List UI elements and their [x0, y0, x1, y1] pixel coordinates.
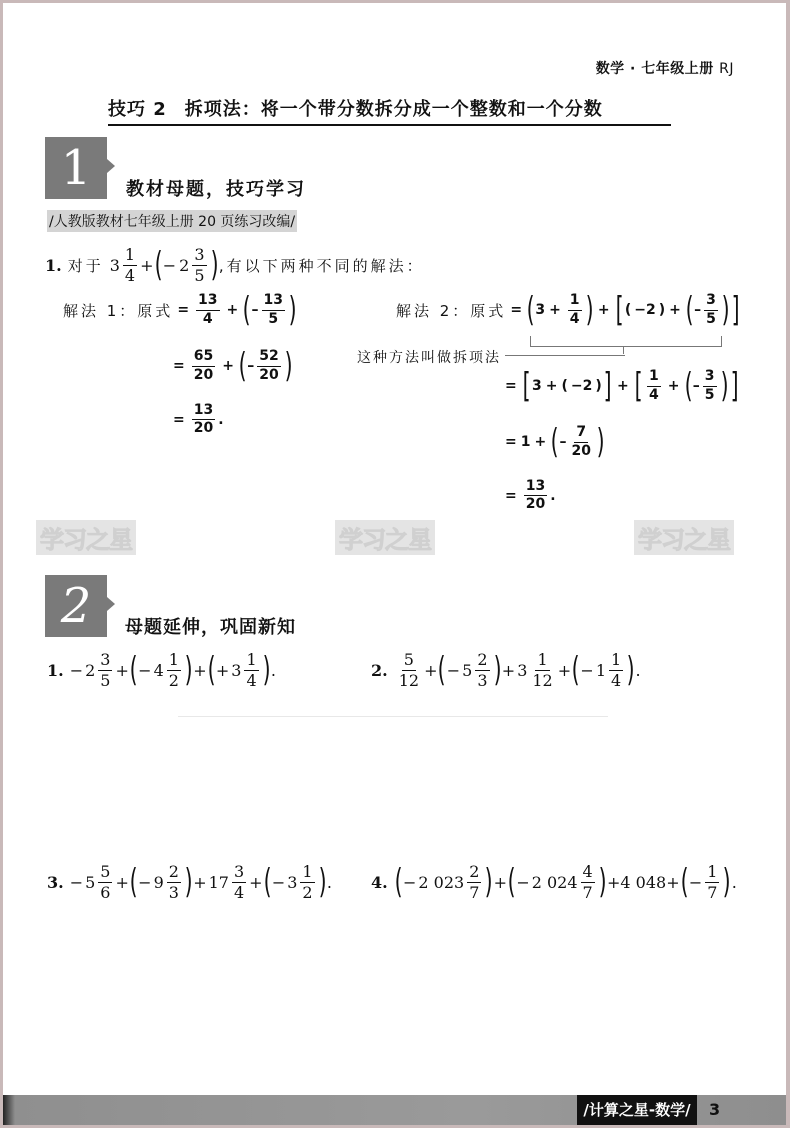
method-2-line-2: = [3+(−2)] + [ 14 +(– 35)]	[501, 369, 740, 403]
watermark-logo: 学习之星	[634, 520, 734, 555]
method-2-label: 解法 2：原式	[396, 300, 506, 321]
page-number: 3	[709, 1095, 720, 1125]
method-2-line-1: 解法 2：原式 = (3+ 14) + [(−2)+(– 35)]	[396, 293, 741, 327]
problem-intro: 1. 对于 3 14 + (−2 35) ,有以下两种不同的解法：	[45, 246, 425, 284]
footer-brand: /计算之星-数学/	[577, 1095, 697, 1125]
annotation-leader-line	[505, 355, 625, 356]
method-2-line-3: =1+(– 720)	[501, 425, 605, 459]
page: 数学 · 七年级上册 RJ 技巧 2拆项法：将一个带分数拆分成一个整数和一个分数…	[3, 3, 786, 1125]
exercise-2: 2. 512 +(−5 23) +3 112 +(−1 14).	[371, 651, 641, 689]
method-2-line-4: = 1320.	[501, 479, 556, 513]
annotation-bracket	[530, 336, 722, 347]
method-1-line-2: = 6520 +(– 5220)	[169, 349, 293, 383]
section-1-title: 教材母题，技巧学习	[126, 175, 306, 201]
annotation-connector	[623, 346, 624, 354]
section-2-badge: 2	[45, 575, 107, 637]
header-subject: 数学 · 七年级上册	[596, 61, 714, 77]
watermark-logo: 学习之星	[335, 520, 435, 555]
section-1-badge: 1	[45, 137, 107, 199]
annotation-text: 这种方法叫做拆项法	[357, 347, 501, 367]
method-1-line-1: 解法 1：原式 = 134 +(– 135)	[63, 293, 297, 327]
exercise-4: 4. (−2 023 27) +(−2 024 47) +4 048 +(− 1…	[371, 863, 737, 901]
method-1-label: 解法 1：原式	[63, 300, 173, 321]
method-1-line-3: = 1320.	[169, 403, 224, 437]
header-edition: RJ	[719, 61, 734, 77]
title-text: 拆项法：将一个带分数拆分成一个整数和一个分数	[185, 99, 603, 120]
watermark-logo: 学习之星	[36, 520, 136, 555]
exercise-1: 1. −2 35 +(−4 12) +(+3 14).	[47, 651, 276, 689]
page-title: 技巧 2拆项法：将一个带分数拆分成一个整数和一个分数	[108, 95, 671, 126]
skill-label: 技巧 2	[108, 99, 167, 120]
source-note: /人教版教材七年级上册 20 页练习改编/	[47, 210, 297, 232]
exercise-3: 3. −5 56 +(−9 23) +17 34 +(−3 12).	[47, 863, 332, 901]
section-2-title: 母题延伸，巩固新知	[125, 613, 296, 639]
faint-bleed-line	[178, 716, 608, 717]
running-header: 数学 · 七年级上册 RJ	[596, 58, 734, 78]
